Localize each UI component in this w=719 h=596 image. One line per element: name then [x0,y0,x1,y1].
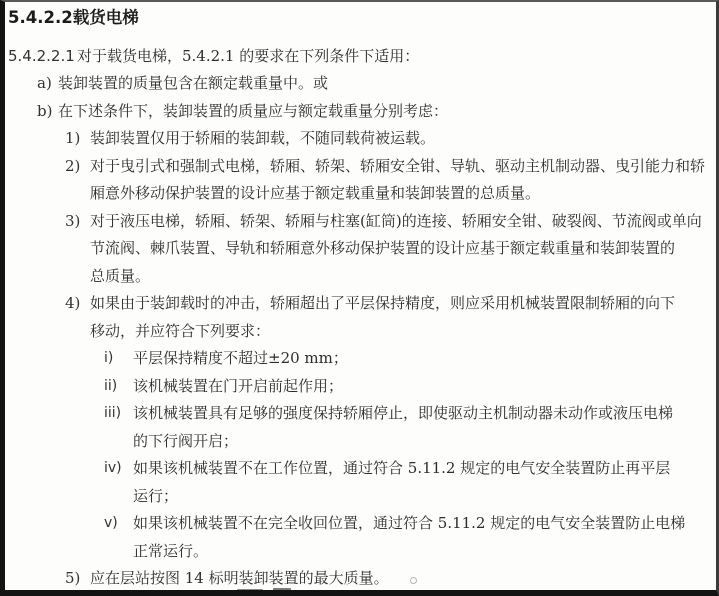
list-item-b-4-v: v) 如果该机械装置不在完全收回位置，通过符合 5.11.2 规定的电气安全装置… [104,510,712,565]
scanned-document-page: 5.4.2.2 载货电梯 5.4.2.2.1 对于载货电梯，5.4.2.1 的要… [0,0,719,596]
list-item-b-4-i: i) 平层保持精度不超过±20 mm； [104,345,712,373]
clause-number: 5.4.2.2.1 [8,43,77,71]
list-marker: b) [37,98,58,126]
list-item-text: 该机械装置在门开启前起作用； [133,373,343,401]
list-marker: a) [37,70,58,98]
list-item-b-1: 1) 装卸装置仅用于轿厢的装卸载，不随同载荷被运载。 [65,125,712,153]
list-item-b-3: 3) 对于液压电梯，轿厢、轿架、轿厢与柱塞(缸筒)的连接、轿厢安全钳、破裂阀、节… [65,208,712,291]
list-item-text: 对于曳引式和强制式电梯，轿厢、轿架、轿厢安全钳、导轨、驱动主机制动器、曳引能力和… [90,153,705,208]
list-item-text: 对于液压电梯，轿厢、轿架、轿厢与柱塞(缸筒)的连接、轿厢安全钳、破裂阀、节流阀或… [90,208,702,291]
list-marker: iv) [104,455,133,510]
list-item-text: 如果由于装卸载时的冲击，轿厢超出了平层保持精度，则应采用机械装置限制轿厢的向下 … [90,290,675,345]
list-marker: 1) [65,125,90,153]
clause-paragraph: 5.4.2.2.1 对于载货电梯，5.4.2.1 的要求在下列条件下适用： [8,43,712,71]
scan-artifact-ring [410,577,417,584]
list-item-b-4-ii: ii) 该机械装置在门开启前起作用； [104,373,712,401]
list-item-text: 在下述条件下，装卸装置的质量应与额定载重量分别考虑： [58,98,448,126]
list-item-b-4-iv: iv) 如果该机械装置不在工作位置，通过符合 5.11.2 规定的电气安全装置防… [104,455,712,510]
list-item-text: 该机械装置具有足够的强度保持轿厢停止，即使驱动主机制动器未动作或液压电梯 的下行… [133,400,673,455]
list-item-a: a) 装卸装置的质量包含在额定载重量中。或 [37,70,712,98]
list-item-b-5: 5) 应在层站按图 14 标明装卸装置的最大质量。 [65,565,712,593]
list-item-text: 装卸装置的质量包含在额定载重量中。或 [58,70,328,98]
list-item-text: 如果该机械装置不在完全收回位置，通过符合 5.11.2 规定的电气安全装置防止电… [133,510,685,565]
section-heading: 5.4.2.2 载货电梯 [8,4,712,32]
clause-text: 对于载货电梯，5.4.2.1 的要求在下列条件下适用： [77,43,419,71]
list-item-b-2: 2) 对于曳引式和强制式电梯，轿厢、轿架、轿厢安全钳、导轨、驱动主机制动器、曳引… [65,153,712,208]
list-marker: 4) [65,290,90,345]
list-item-b: b) 在下述条件下，装卸装置的质量应与额定载重量分别考虑： [37,98,712,126]
list-marker: 2) [65,153,90,208]
section-number: 5.4.2.2 [8,4,73,32]
list-marker: i) [104,345,133,373]
list-marker: v) [104,510,133,565]
list-item-b-4-iii: iii) 该机械装置具有足够的强度保持轿厢停止，即使驱动主机制动器未动作或液压电… [104,400,712,455]
list-marker: ii) [104,373,133,401]
list-marker: iii) [104,400,133,455]
section-title: 载货电梯 [73,4,139,32]
list-item-b-4: 4) 如果由于装卸载时的冲击，轿厢超出了平层保持精度，则应采用机械装置限制轿厢的… [65,290,712,345]
list-marker: 3) [65,208,90,291]
list-item-text: 如果该机械装置不在工作位置，通过符合 5.11.2 规定的电气安全装置防止再平层… [133,455,670,510]
list-item-text: 平层保持精度不超过±20 mm； [133,345,348,373]
list-item-text: 装卸装置仅用于轿厢的装卸载，不随同载荷被运载。 [90,125,435,153]
page-content: 5.4.2.2 载货电梯 5.4.2.2.1 对于载货电梯，5.4.2.1 的要… [5,2,716,593]
list-marker: 5) [65,565,90,593]
